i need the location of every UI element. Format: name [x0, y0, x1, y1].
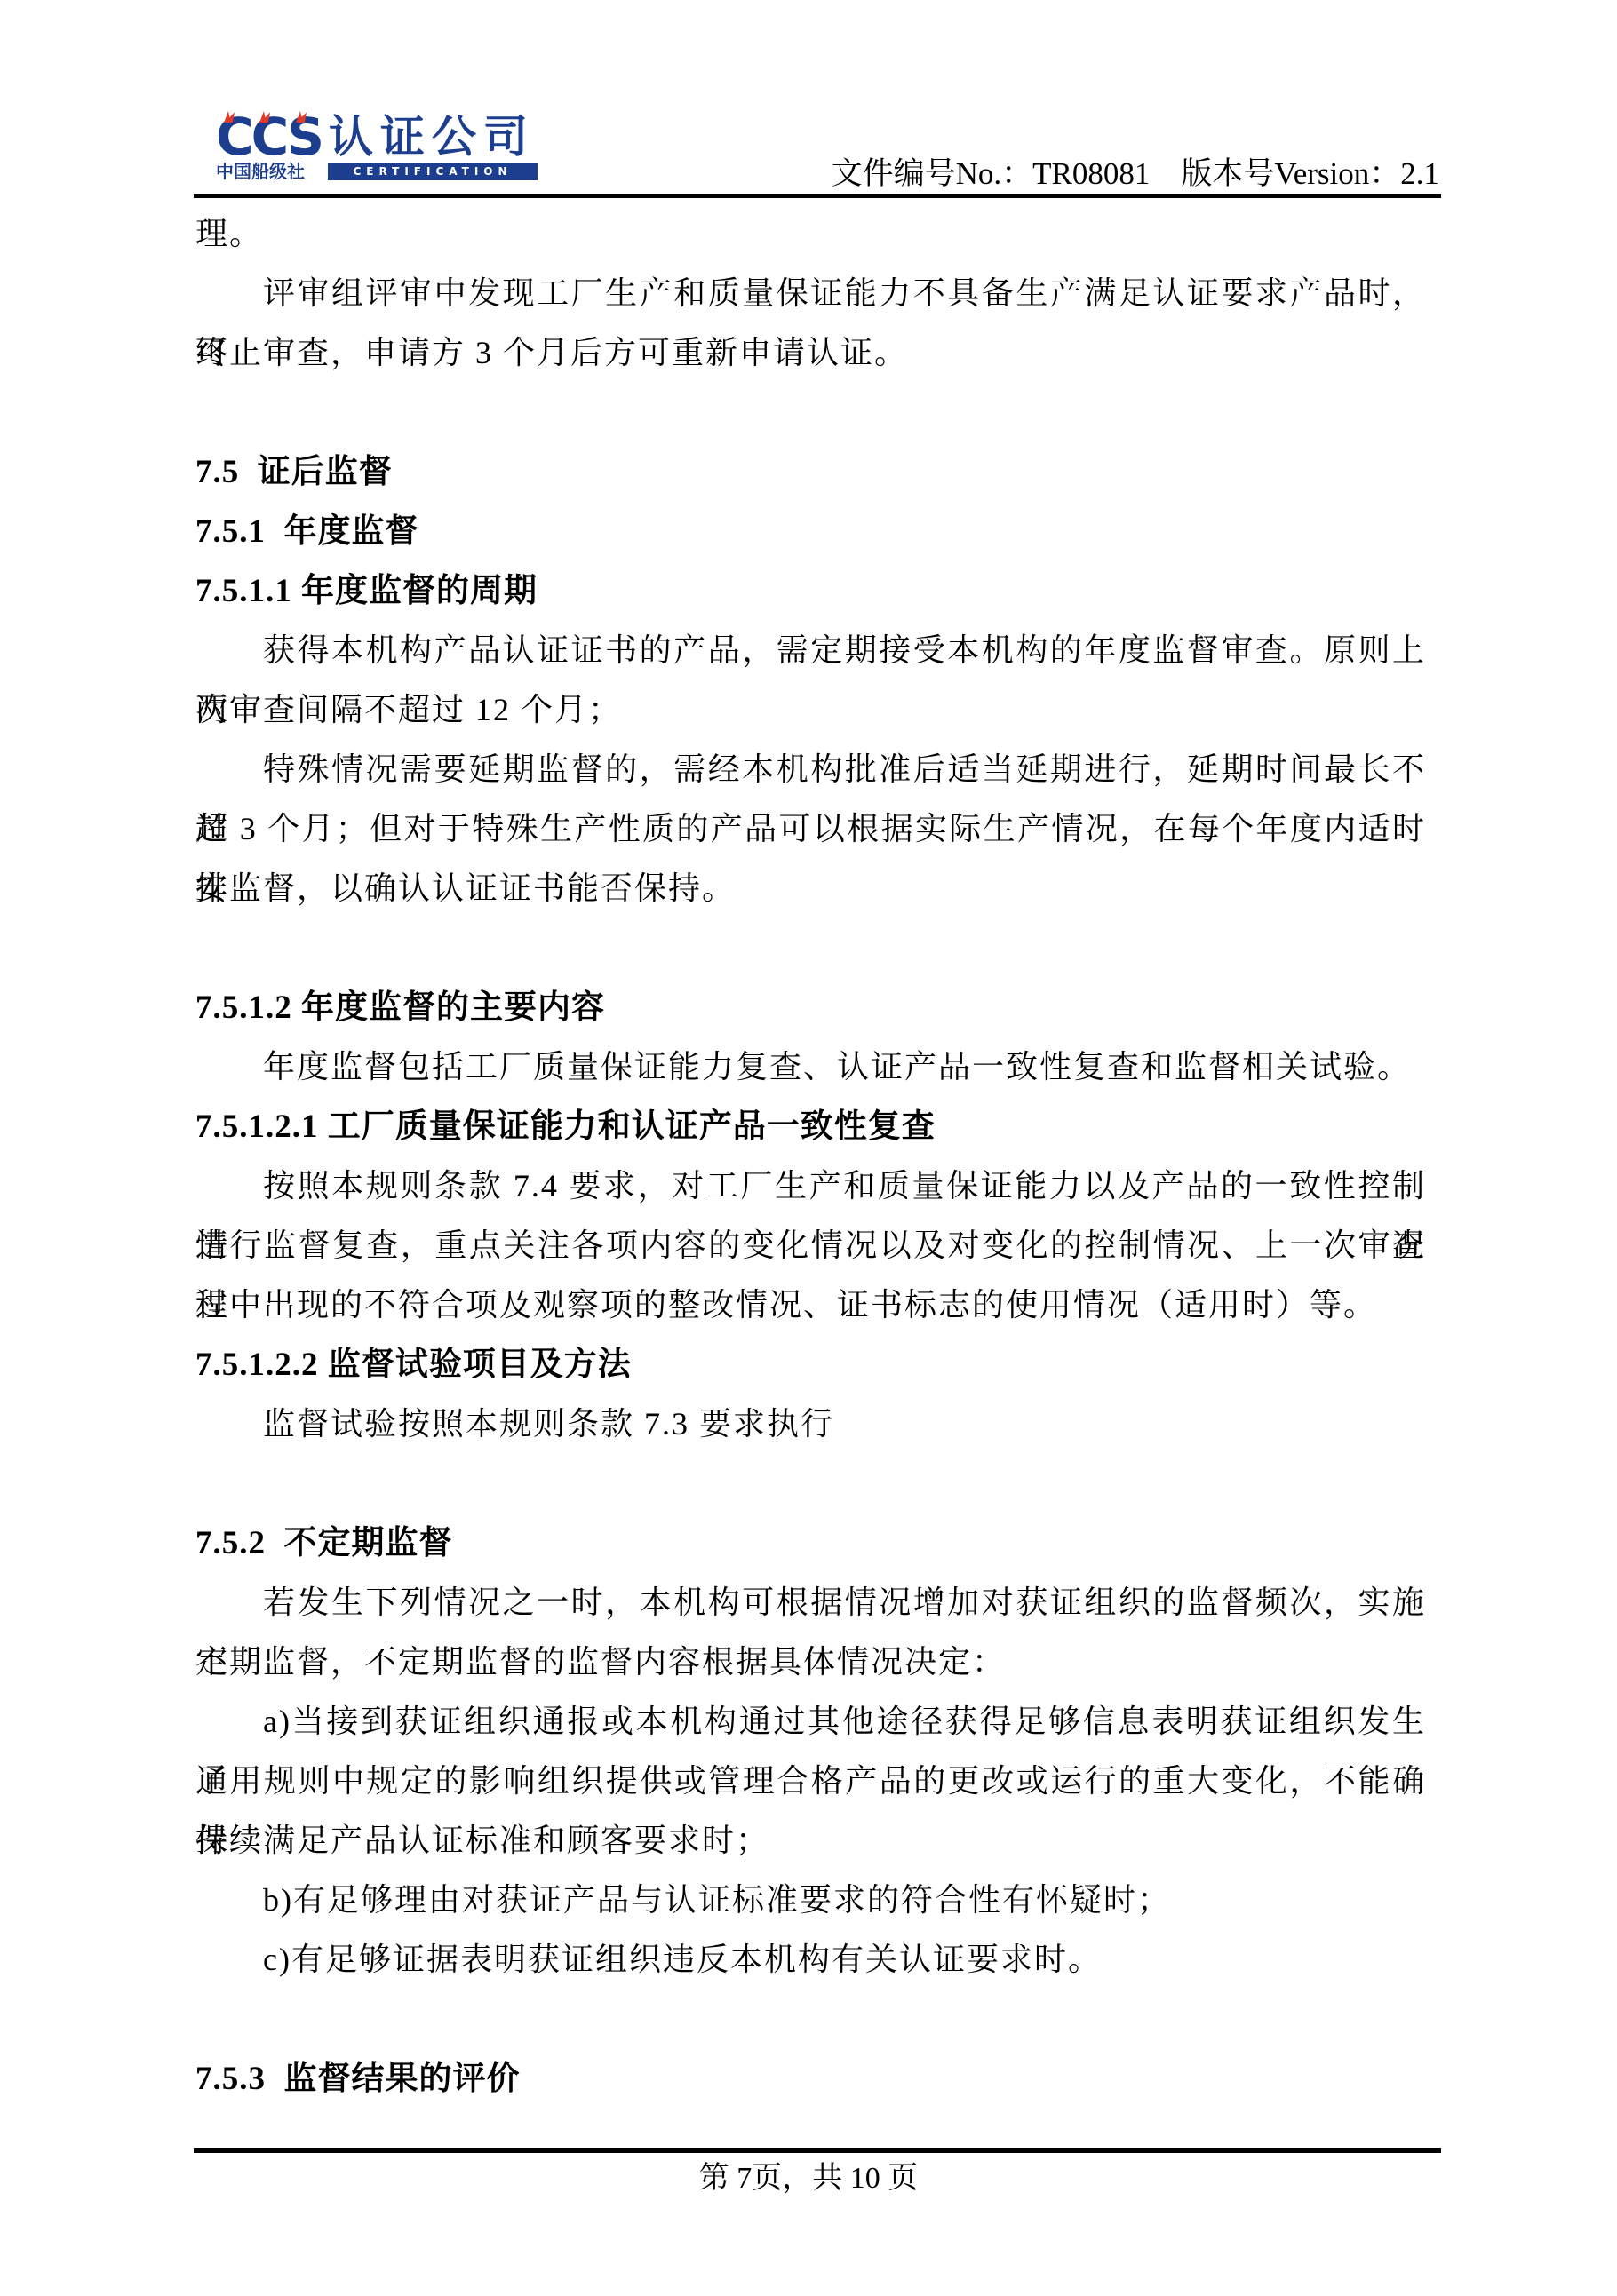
blank-line	[195, 383, 1426, 442]
page-number-label: 第 7页，共 10 页	[0, 2158, 1617, 2199]
text-line: 进行监督复查，重点关注各项内容的变化情况以及对变化的控制情况、上一次审查过	[195, 1216, 1426, 1275]
header-rule	[194, 194, 1441, 198]
company-name-en: CERTIFICATION	[328, 163, 538, 180]
doc-number-version: 文件编号No.：TR08081 版本号Version：2.1	[832, 156, 1439, 192]
section-heading: 7.5.1.2.2 监督试验项目及方法	[195, 1335, 1426, 1394]
section-heading: 7.5.3 监督结果的评价	[195, 2049, 1426, 2109]
blank-line	[195, 1990, 1426, 2049]
text-line: 评审组评审中发现工厂生产和质量保证能力不具备生产满足认证要求产品时，可	[195, 264, 1426, 323]
text-line: 理。	[195, 204, 1426, 264]
ccs-subtitle: 中国船级社	[216, 163, 322, 181]
section-heading: 7.5.1.2 年度监督的主要内容	[195, 978, 1426, 1037]
text-line: 若发生下列情况之一时，本机构可根据情况增加对获证组织的监督频次，实施不	[195, 1573, 1426, 1633]
text-line: c)有足够证据表明获证组织违反本机构有关认证要求时。	[195, 1930, 1426, 1990]
blank-line	[195, 1454, 1426, 1513]
text-line: 程中出现的不符合项及观察项的整改情况、证书标志的使用情况（适用时）等。	[195, 1275, 1426, 1335]
text-line: 年度监督包括工厂质量保证能力复查、认证产品一致性复查和监督相关试验。	[195, 1037, 1426, 1097]
text-line: 监督试验按照本规则条款 7.3 要求执行	[195, 1394, 1426, 1454]
text-line: 次审查间隔不超过 12 个月；	[195, 680, 1426, 740]
section-heading: 7.5.2 不定期监督	[195, 1513, 1426, 1573]
section-heading: 7.5.1.2.1 工厂质量保证能力和认证产品一致性复查	[195, 1097, 1426, 1156]
text-line: b)有足够理由对获证产品与认证标准要求的符合性有怀疑时；	[195, 1871, 1426, 1930]
text-line: a)当接到获证组织通报或本机构通过其他途径获得足够信息表明获证组织发生了	[195, 1692, 1426, 1752]
text-line: 获得本机构产品认证证书的产品，需定期接受本机构的年度监督审查。原则上两	[195, 621, 1426, 680]
text-line: 定期监督，不定期监督的监督内容根据具体情况决定：	[195, 1633, 1426, 1692]
section-heading: 7.5 证后监督	[195, 442, 1426, 502]
text-line: 特殊情况需要延期监督的，需经本机构批准后适当延期进行，延期时间最长不超	[195, 740, 1426, 799]
footer-rule	[194, 2148, 1441, 2153]
blank-line	[195, 918, 1426, 978]
document-body: 理。评审组评审中发现工厂生产和质量保证能力不具备生产满足认证要求产品时，可终止审…	[195, 204, 1426, 2109]
ccs-logo-mark: CCS 中国船级社	[216, 116, 323, 180]
section-heading: 7.5.1.1 年度监督的周期	[195, 561, 1426, 621]
text-line: 终止审查，申请方 3 个月后方可重新申请认证。	[195, 323, 1426, 383]
text-line: 按照本规则条款 7.4 要求，对工厂生产和质量保证能力以及产品的一致性控制情况	[195, 1156, 1426, 1216]
ccs-logo: CCS 中国船级社 认证公司 CERTIFICATION	[216, 116, 539, 182]
text-line: 过 3 个月；但对于特殊生产性质的产品可以根据实际生产情况，在每个年度内适时安	[195, 799, 1426, 859]
text-line: 通用规则中规定的影响组织提供或管理合格产品的更改或运行的重大变化，不能确保	[195, 1752, 1426, 1811]
document-page: CCS 中国船级社 认证公司 CERTIFICATION 文件编号No.：TR0…	[0, 0, 1617, 2296]
company-name-cn: 认证公司	[329, 115, 535, 159]
text-line: 排监督，以确认认证证书能否保持。	[195, 859, 1426, 918]
section-heading: 7.5.1 年度监督	[195, 502, 1426, 561]
text-line: 持续满足产品认证标准和顾客要求时；	[195, 1811, 1426, 1871]
